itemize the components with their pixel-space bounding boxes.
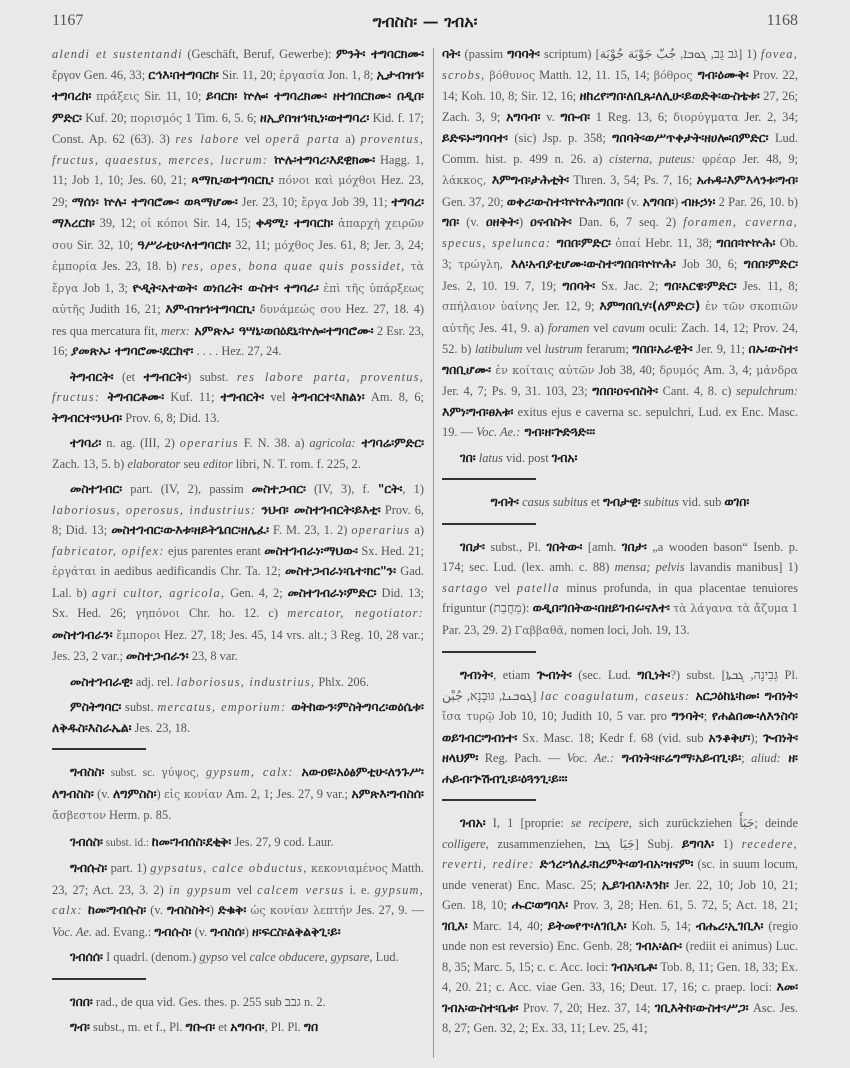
entry-gib-continuation: ባት፡ (passim ግባባት፡ scriptum) [גֹּב גֵּב, … <box>442 44 798 443</box>
headword: ግብስስ፡ <box>70 764 104 779</box>
headword: ገብሰስ፡ <box>70 834 103 849</box>
entry-mistigbar: ምስትግባር፡ subst. mercatus, emporium: ወትከውን… <box>52 697 424 738</box>
page-header: 1167 ግብስስ፡ — ገብአ፡ 1168 <box>52 12 798 36</box>
section-rule <box>442 651 536 653</box>
entry-gibsis: ግብስስ፡ subst. sc. γύψος, gypsum, calx: አው… <box>52 762 424 827</box>
headword: ምስትግባር፡ <box>70 699 121 714</box>
cross-reference-link[interactable]: ገብአ፡ <box>552 450 578 465</box>
entry-gib: ግብ፡ subst., m. et f., Pl. ግቡብ፡ et አግባብ፡,… <box>52 1017 424 1038</box>
entry-gibnat: ግብነት፡, etiam ጕብነት፡ (sec. Lud. ግቢነት፡?) su… <box>442 665 798 789</box>
running-title: ግብስስ፡ — ገብአ፡ <box>52 12 798 32</box>
entry-mastagabir: መስተገብር፡ part. (IV, 2), passim መስተጋብር፡ (I… <box>52 479 424 667</box>
section-rule <box>442 523 536 525</box>
entry-mastagabrawi: መስተገብራዊ፡ adj. rel. laboriosus, industriu… <box>52 672 424 693</box>
section-rule <box>52 748 146 750</box>
headword: ገበታ፡ <box>460 539 485 554</box>
cross-reference-link[interactable]: ወገበ፡ <box>724 494 749 509</box>
right-column: ባት፡ (passim ግባባት፡ scriptum) [גֹּב גֵּב, … <box>442 44 798 1068</box>
headword: ግብ፡ <box>70 1019 90 1034</box>
dictionary-page: 1167 ግብስስ፡ — ገብአ፡ 1168 alendi et sustent… <box>0 0 850 1068</box>
entry-tagabari: ተገባሪ፡ n. ag. (III, 2) operarius F. N. 38… <box>52 433 424 474</box>
headword: ገበ፡ <box>460 450 476 465</box>
headword: ግብት፡ <box>491 494 519 509</box>
entry-tigbirt: ትግብርት፡ (et ተግብርት፡) subst. res labore par… <box>52 367 424 429</box>
page-number-right: 1168 <box>767 12 798 30</box>
headword: መስተገብራዊ፡ <box>70 674 133 689</box>
entry-gibt: ግብት፡ casus subitus et ግብታዊ፡ subitus vid.… <box>442 492 798 513</box>
entry-gababa-root: ገበበ፡ rad., de qua vid. Ges. thes. p. 255… <box>52 992 424 1013</box>
entry-continuation: alendi et sustentandi (Geschäft, Beruf, … <box>52 44 424 362</box>
headword: ትግብርት፡ <box>70 369 114 384</box>
section-rule <box>52 978 146 980</box>
headword: ገብአ፡ <box>460 815 486 830</box>
entry-gibsus: ግብሱስ፡ part. 1) gypsatus, calce obductus,… <box>52 858 424 942</box>
entry-gabata: ገበታ፡ subst., Pl. ገበትው፡ [amh. ገበታ፡ „a woo… <box>442 537 798 642</box>
headword: ገብሰሰ፡ <box>70 949 103 964</box>
headword: መስተገብር፡ <box>70 481 122 496</box>
entry-gabaa: ገብአ፡ I, 1 [proprie: se recipere, sich zu… <box>442 813 798 1039</box>
headword: ግብሱስ፡ <box>70 860 107 875</box>
headword: ገበበ፡ <box>70 994 93 1009</box>
column-divider <box>433 48 434 1058</box>
left-column: alendi et sustentandi (Geschäft, Beruf, … <box>52 44 424 1068</box>
section-rule <box>442 478 536 480</box>
headword: ተገባሪ፡ <box>70 435 101 450</box>
entry-gaba-latus: ገበ፡ latus vid. post ገብአ፡ <box>442 448 798 469</box>
entry-gabsas: ገብሰስ፡ subst. id.: ከመ፡ገብሰስ፡ደቂቅ፡ Jes. 27, … <box>52 832 424 854</box>
headword: ግብነት፡ <box>460 667 493 682</box>
entry-gabsasa: ገብሰሰ፡ I quadrl. (denom.) gypso vel calce… <box>52 947 424 968</box>
section-rule <box>442 799 536 801</box>
